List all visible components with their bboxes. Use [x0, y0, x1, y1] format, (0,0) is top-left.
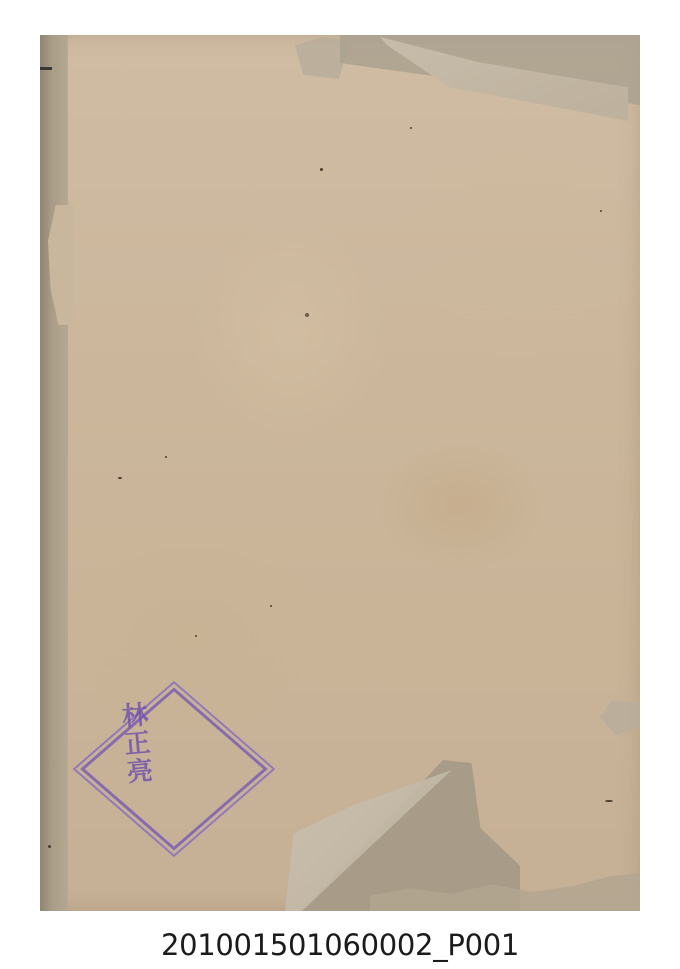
ink-spot — [305, 313, 309, 317]
stamp-text: 林正亮 — [106, 700, 153, 787]
ink-spot — [165, 456, 167, 458]
ink-spot — [600, 210, 602, 212]
book-spine — [40, 35, 68, 911]
spine-mark — [40, 67, 52, 70]
ink-spot — [410, 127, 412, 129]
ink-spot — [605, 800, 613, 802]
image-caption: 201001501060002_P001 — [0, 928, 680, 962]
document-viewer-page: 林正亮 201001501060002_P001 — [0, 0, 680, 969]
ink-spot — [320, 168, 323, 171]
ink-spot — [270, 605, 272, 607]
ink-spot — [195, 635, 197, 637]
ink-spot — [118, 477, 122, 479]
ink-spot — [48, 845, 51, 848]
right-edge-patch — [600, 700, 640, 735]
